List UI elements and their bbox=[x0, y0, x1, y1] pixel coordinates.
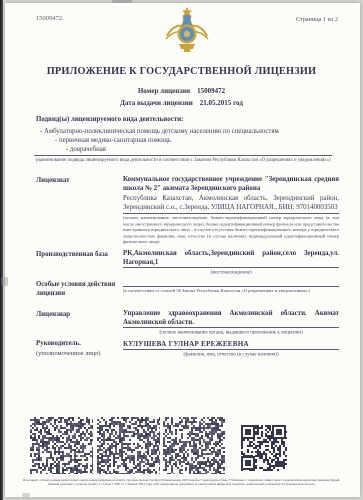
subtype-item: - первичная медико-санитарная помощь bbox=[55, 137, 171, 144]
data-matrix-code-2 bbox=[97, 417, 160, 474]
head-label: Руководитель. bbox=[36, 340, 81, 347]
issue-date-row: Дата выдачи лицензии 21.05.2015 год bbox=[0, 99, 363, 107]
scan-smudge-bottom bbox=[22, 493, 30, 497]
license-number-row: Номер лицензии 15009472 bbox=[0, 87, 363, 95]
page-indicator: Страница 1 из 2 bbox=[296, 16, 338, 23]
issue-date-value: 21.05.2015 год bbox=[200, 99, 243, 107]
production-base-label: Производственная база bbox=[36, 251, 108, 258]
subtype-item: - Амбулаторно-поликлиническая помощь дет… bbox=[40, 128, 279, 135]
head-name: КУЛУШЕВА ГУЛНАР ЕРЕЖЕЕВНА bbox=[123, 340, 339, 348]
production-base-caption: (местонахождение) bbox=[123, 269, 339, 276]
qr-code bbox=[240, 424, 287, 471]
licensee-address: Республика Казахстан, Акмолинская област… bbox=[123, 194, 339, 212]
special-conditions-label: Особые условия действия лицензии bbox=[36, 280, 124, 298]
divider-line bbox=[123, 286, 339, 287]
license-number-value: 15009472 bbox=[197, 87, 225, 95]
licensor-caption: (полное наименование органа, выдавшего п… bbox=[123, 329, 339, 336]
issue-date-label: Дата выдачи лицензии bbox=[120, 99, 193, 107]
data-matrix-code-1 bbox=[30, 417, 93, 474]
subtypes-caption: (наименование подвида лицензируемого вид… bbox=[34, 157, 332, 163]
head-caption: (фамилия, имя, отчество (в случае наличи… bbox=[123, 351, 339, 358]
licensor-label: Лицензиар bbox=[36, 311, 70, 318]
divider-line bbox=[123, 327, 339, 328]
licensee-name: Коммунальное государственное учреждение … bbox=[123, 175, 339, 193]
production-base-value: РК,Акмолинская область,Зерендинский райо… bbox=[123, 249, 339, 267]
licensor-value: Управление здравоохранения Акмолинской о… bbox=[123, 309, 339, 327]
divider-line bbox=[123, 267, 339, 268]
scan-smudge-top bbox=[112, 0, 132, 3]
subtypes-heading: Подвид(ы) лицензируемого вида деятельнос… bbox=[36, 116, 183, 123]
licensee-label: Лицензиат bbox=[36, 177, 70, 184]
special-conditions-caption: (в соответствии со статьей 36 Закона Рес… bbox=[123, 288, 339, 294]
data-matrix-code-3 bbox=[163, 417, 225, 474]
kazakhstan-emblem-icon bbox=[163, 6, 211, 56]
document-title: ПРИЛОЖЕНИЕ К ГОСУДАРСТВЕННОЙ ЛИЦЕНЗИИ bbox=[0, 66, 363, 77]
footer-fineprint: Осы құжат «Электрондық құжат және электр… bbox=[20, 478, 343, 487]
scanned-license-page: 15009472. Страница 1 из 2 ПРИЛОЖЕНИЕ К Г… bbox=[0, 0, 363, 500]
divider-line bbox=[123, 349, 339, 350]
scan-smudge-left bbox=[1, 277, 8, 286]
head-sublabel: (уполномоченное лицо) bbox=[36, 350, 101, 357]
license-number-label: Номер лицензии bbox=[138, 87, 190, 95]
divider-line bbox=[123, 213, 339, 214]
licensee-caption: (полное наименование, местонахождение, б… bbox=[123, 215, 339, 245]
subtype-item: - доврачебная bbox=[66, 146, 106, 153]
divider-line bbox=[34, 155, 332, 156]
document-number-header: 15009472. bbox=[36, 15, 64, 22]
